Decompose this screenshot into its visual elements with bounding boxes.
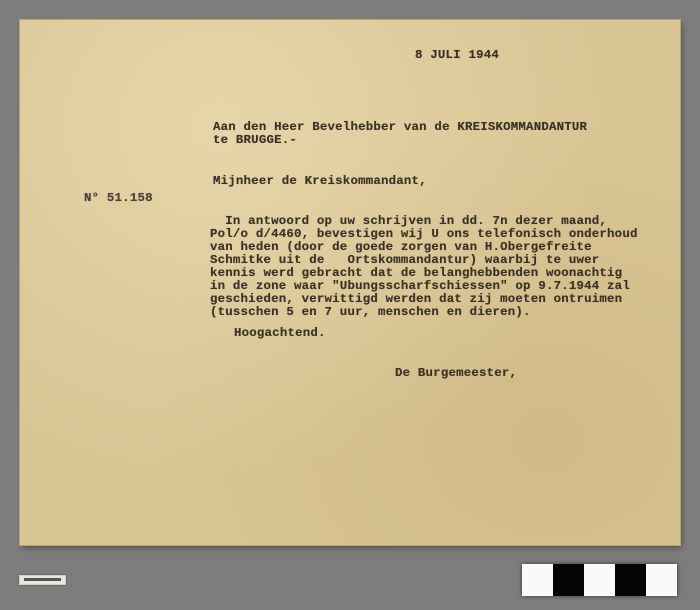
reference-number: N° 51.158: [84, 192, 153, 205]
scale-segment-white: [584, 564, 615, 596]
scale-segment-white: [522, 564, 553, 596]
archive-label: [19, 575, 66, 585]
letter-date: 8 JULI 1944: [415, 49, 499, 62]
body-line: in de zone waar "Ubungsscharfschiessen" …: [210, 279, 630, 293]
body-line: In antwoord op uw schrijven in dd. 7n de…: [210, 214, 607, 228]
scale-segment-black: [553, 564, 584, 596]
closing: Hoogachtend.: [234, 327, 326, 340]
scale-segment-black: [615, 564, 646, 596]
letter-page: 8 JULI 1944 Aan den Heer Bevelhebber van…: [20, 20, 680, 545]
scale-segment-white: [646, 564, 677, 596]
body-line: geschieden, verwittigd werden dat zij mo…: [210, 292, 622, 306]
body-line: kennis werd gebracht dat de belanghebben…: [210, 266, 622, 280]
archive-label-barcode: [24, 578, 61, 581]
body-line: (tusschen 5 en 7 uur, menschen en dieren…: [210, 305, 531, 319]
body-line: van heden (door de goede zorgen van H.Ob…: [210, 240, 592, 254]
body-line: Pol/o d/4460, bevestigen wij U ons telef…: [210, 227, 638, 241]
addressee-block: Aan den Heer Bevelhebber van de KREISKOM…: [213, 121, 587, 147]
body-line: Schmitke uit de Ortskommandantur) waarbi…: [210, 253, 599, 267]
addressee-line: Aan den Heer Bevelhebber van de KREISKOM…: [213, 120, 587, 134]
color-scale-bar: [522, 564, 677, 596]
letter-body: In antwoord op uw schrijven in dd. 7n de…: [210, 215, 638, 319]
signature: De Burgemeester,: [395, 367, 517, 380]
salutation: Mijnheer de Kreiskommandant,: [213, 175, 427, 188]
addressee-line: te BRUGGE.-: [213, 133, 297, 147]
